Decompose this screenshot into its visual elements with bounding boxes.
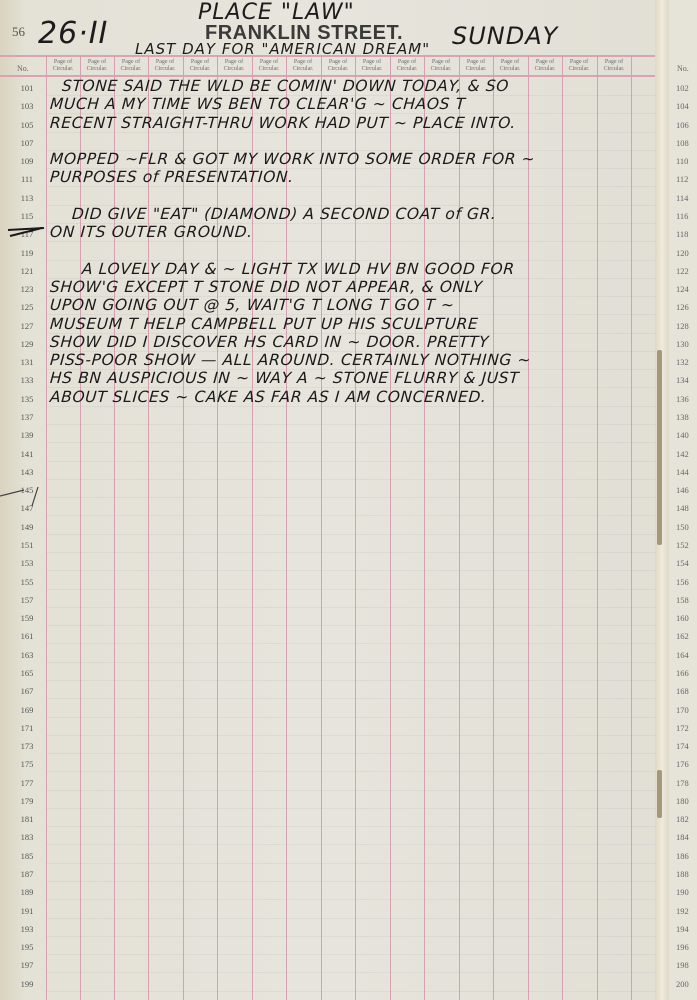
row-number: 173	[14, 741, 40, 751]
column-rule	[321, 56, 322, 1000]
facing-row-number: 172	[676, 723, 689, 733]
facing-row-number: 152	[676, 540, 689, 550]
row-number: 187	[14, 869, 40, 879]
journal-entry-line: MUCH A MY TIME WS BEN TO CLEAR'G ~ CHAOS…	[49, 95, 466, 113]
column-rule	[493, 56, 494, 1000]
row-line	[46, 972, 655, 973]
column-rule	[217, 56, 218, 1000]
journal-entry-line: UPON GOING OUT @ 5, WAIT'G T LONG T GO T…	[49, 296, 455, 314]
facing-row-number: 190	[676, 887, 689, 897]
facing-row-number: 160	[676, 613, 689, 623]
column-rule	[46, 56, 47, 1000]
facing-row-number: 110	[676, 156, 688, 166]
binding-thread	[657, 350, 662, 545]
column-header-page-of-circular: Page of Circular.	[562, 59, 596, 73]
journal-entry-line: MUSEUM T HELP CAMPBELL PUT UP HIS SCULPT…	[49, 315, 479, 333]
journal-entry-line: SHOW'G EXCEPT T STONE DID NOT APPEAR, & …	[49, 278, 483, 296]
row-line	[46, 497, 655, 498]
facing-row-number: 114	[676, 193, 688, 203]
column-rule	[597, 56, 598, 1000]
facing-row-number: 130	[676, 339, 689, 349]
row-line	[46, 515, 655, 516]
facing-row-number: 150	[676, 522, 689, 532]
row-number: 189	[14, 887, 40, 897]
row-number: 143	[14, 467, 40, 477]
facing-row-number: 116	[676, 211, 688, 221]
row-number: 177	[14, 778, 40, 788]
row-number: 171	[14, 723, 40, 733]
row-number: 103	[14, 101, 40, 111]
row-line	[46, 534, 655, 535]
row-line	[46, 790, 655, 791]
row-number: 165	[14, 668, 40, 678]
handwritten-date: 26·II	[38, 16, 108, 51]
row-number: 175	[14, 759, 40, 769]
row-number: 119	[14, 248, 40, 258]
row-line	[46, 991, 655, 992]
facing-row-number: 194	[676, 924, 689, 934]
facing-row-number: 184	[676, 832, 689, 842]
row-number: 195	[14, 942, 40, 952]
column-header-page-of-circular: Page of Circular.	[321, 59, 355, 73]
row-number: 193	[14, 924, 40, 934]
row-number: 183	[14, 832, 40, 842]
row-number: 113	[14, 193, 40, 203]
column-header-page-of-circular: Page of Circular.	[286, 59, 320, 73]
row-line	[46, 698, 655, 699]
facing-row-number: 136	[676, 394, 689, 404]
row-line	[46, 643, 655, 644]
row-number: 129	[14, 339, 40, 349]
facing-row-number: 108	[676, 138, 689, 148]
row-number: 149	[14, 522, 40, 532]
facing-row-number: 156	[676, 577, 689, 587]
facing-row-number: 162	[676, 631, 689, 641]
facing-row-number: 112	[676, 174, 688, 184]
column-rule	[528, 56, 529, 1000]
row-number: 197	[14, 960, 40, 970]
facing-row-number: 120	[676, 248, 689, 258]
row-number: 125	[14, 302, 40, 312]
row-number: 155	[14, 577, 40, 587]
row-line	[46, 918, 655, 919]
row-line	[46, 826, 655, 827]
facing-row-number: 170	[676, 705, 689, 715]
journal-entry-line: DID GIVE "EAT" (DIAMOND) A SECOND COAT o…	[71, 205, 497, 223]
row-number: 159	[14, 613, 40, 623]
row-number: 109	[14, 156, 40, 166]
handwritten-place: PLACE "LAW"	[198, 0, 355, 25]
column-rule	[114, 56, 115, 1000]
facing-row-number: 158	[676, 595, 689, 605]
row-number: 181	[14, 814, 40, 824]
facing-row-number: 134	[676, 375, 689, 385]
column-rule	[424, 56, 425, 1000]
facing-row-number: 176	[676, 759, 689, 769]
column-rule	[390, 56, 391, 1000]
facing-row-number: 148	[676, 503, 689, 513]
row-line	[46, 442, 655, 443]
facing-row-number: 180	[676, 796, 689, 806]
facing-row-number: 142	[676, 449, 689, 459]
column-rule	[252, 56, 253, 1000]
row-number: 153	[14, 558, 40, 568]
row-number: 139	[14, 430, 40, 440]
facing-row-number: 102	[676, 83, 689, 93]
row-number: 101	[14, 83, 40, 93]
margin-pencil-mark-icon	[0, 484, 40, 514]
journal-entry-line: STONE SAID THE WLD BE COMIN' DOWN TODAY,…	[61, 77, 509, 95]
facing-row-number: 106	[676, 120, 689, 130]
facing-row-number: 124	[676, 284, 689, 294]
row-line	[46, 753, 655, 754]
facing-row-number: 128	[676, 321, 689, 331]
facing-row-number: 146	[676, 485, 689, 495]
row-line	[46, 735, 655, 736]
column-header-page-of-circular: Page of Circular.	[528, 59, 562, 73]
journal-entry-line: MOPPED ~FLR & GOT MY WORK INTO SOME ORDE…	[49, 150, 535, 168]
column-header-page-of-circular: Page of Circular.	[424, 59, 458, 73]
row-number: 185	[14, 851, 40, 861]
column-rule	[286, 56, 287, 1000]
row-number: 135	[14, 394, 40, 404]
row-number: 151	[14, 540, 40, 550]
row-line	[46, 771, 655, 772]
binding-thread	[657, 770, 662, 818]
facing-row-number: 168	[676, 686, 689, 696]
column-rule	[459, 56, 460, 1000]
column-header-page-of-circular: Page of Circular.	[114, 59, 148, 73]
column-header-page-of-circular: Page of Circular.	[80, 59, 114, 73]
page-number: 56	[12, 24, 25, 40]
row-number: 163	[14, 650, 40, 660]
column-header-page-of-circular: Page of Circular.	[355, 59, 389, 73]
facing-row-number: 182	[676, 814, 689, 824]
column-header-page-of-circular: Page of Circular.	[46, 59, 80, 73]
row-number: 179	[14, 796, 40, 806]
row-line	[46, 863, 655, 864]
facing-row-number: 140	[676, 430, 689, 440]
row-line	[46, 936, 655, 937]
journal-entry-line: SHOW DID I DISCOVER HS CARD IN ~ DOOR. P…	[49, 333, 489, 351]
row-number: 161	[14, 631, 40, 641]
row-line	[46, 589, 655, 590]
row-line	[46, 625, 655, 626]
row-line	[46, 186, 655, 187]
row-number: 133	[14, 375, 40, 385]
column-header-page-of-circular: Page of Circular.	[148, 59, 182, 73]
facing-row-number: 154	[676, 558, 689, 568]
facing-row-number: 144	[676, 467, 689, 477]
header-top-rule	[0, 55, 655, 57]
column-rule	[183, 56, 184, 1000]
row-line	[46, 552, 655, 553]
column-rule	[80, 56, 81, 1000]
row-number: 141	[14, 449, 40, 459]
row-line	[46, 607, 655, 608]
row-line	[46, 424, 655, 425]
facing-row-number: 174	[676, 741, 689, 751]
journal-entry-line: HS BN AUSPICIOUS IN ~ WAY A ~ STONE FLUR…	[49, 369, 520, 387]
row-line	[46, 241, 655, 242]
row-number: 131	[14, 357, 40, 367]
facing-row-number: 186	[676, 851, 689, 861]
journal-entry-line: RECENT STRAIGHT-THRU WORK HAD PUT ~ PLAC…	[49, 114, 516, 132]
column-rule	[148, 56, 149, 1000]
row-number: 169	[14, 705, 40, 715]
journal-entry-line: A LOVELY DAY & ~ LIGHT TX WLD HV BN GOOD…	[81, 260, 515, 278]
row-line	[46, 479, 655, 480]
column-header-page-of-circular: Page of Circular.	[217, 59, 251, 73]
row-number: 127	[14, 321, 40, 331]
facing-column-header-no: No.	[677, 64, 689, 73]
row-line	[46, 899, 655, 900]
row-line	[46, 680, 655, 681]
facing-row-number: 198	[676, 960, 689, 970]
column-rule	[631, 56, 632, 1000]
row-number: 115	[14, 211, 40, 221]
row-number: 157	[14, 595, 40, 605]
facing-row-number: 132	[676, 357, 689, 367]
row-line	[46, 717, 655, 718]
facing-row-number: 122	[676, 266, 689, 276]
journal-entry-line: ABOUT SLICES ~ CAKE AS FAR AS I AM CONCE…	[49, 388, 487, 406]
facing-row-number: 104	[676, 101, 689, 111]
row-line	[46, 570, 655, 571]
facing-row-number: 192	[676, 906, 689, 916]
facing-row-number: 178	[676, 778, 689, 788]
facing-row-number: 164	[676, 650, 689, 660]
row-number: 191	[14, 906, 40, 916]
row-line	[46, 662, 655, 663]
column-rule	[562, 56, 563, 1000]
row-number: 199	[14, 979, 40, 989]
row-line	[46, 954, 655, 955]
journal-entry-line: PURPOSES of PRESENTATION.	[49, 168, 294, 186]
column-header-page-of-circular: Page of Circular.	[390, 59, 424, 73]
column-header-no: No.	[17, 64, 29, 73]
row-line	[46, 461, 655, 462]
journal-entry-line: ON ITS OUTER GROUND.	[49, 223, 253, 241]
row-number: 111	[14, 174, 40, 184]
row-number: 123	[14, 284, 40, 294]
margin-arrow-icon	[6, 224, 46, 238]
row-line	[46, 844, 655, 845]
facing-row-number: 196	[676, 942, 689, 952]
row-number: 121	[14, 266, 40, 276]
row-number: 137	[14, 412, 40, 422]
facing-row-number: 166	[676, 668, 689, 678]
row-line	[46, 808, 655, 809]
facing-row-number: 200	[676, 979, 689, 989]
row-line	[46, 881, 655, 882]
column-header-page-of-circular: Page of Circular.	[493, 59, 527, 73]
column-header-page-of-circular: Page of Circular.	[459, 59, 493, 73]
column-header-page-of-circular: Page of Circular.	[252, 59, 286, 73]
facing-row-number: 138	[676, 412, 689, 422]
column-rule	[355, 56, 356, 1000]
facing-row-number: 188	[676, 869, 689, 879]
row-number: 167	[14, 686, 40, 696]
row-number: 105	[14, 120, 40, 130]
row-number: 107	[14, 138, 40, 148]
facing-row-number: 118	[676, 229, 688, 239]
column-header-page-of-circular: Page of Circular.	[183, 59, 217, 73]
column-header-page-of-circular: Page of Circular.	[597, 59, 631, 73]
facing-row-number: 126	[676, 302, 689, 312]
handwritten-weekday: SUNDAY	[452, 22, 558, 50]
journal-entry-line: PISS-POOR SHOW — ALL AROUND. CERTAINLY N…	[49, 351, 531, 369]
